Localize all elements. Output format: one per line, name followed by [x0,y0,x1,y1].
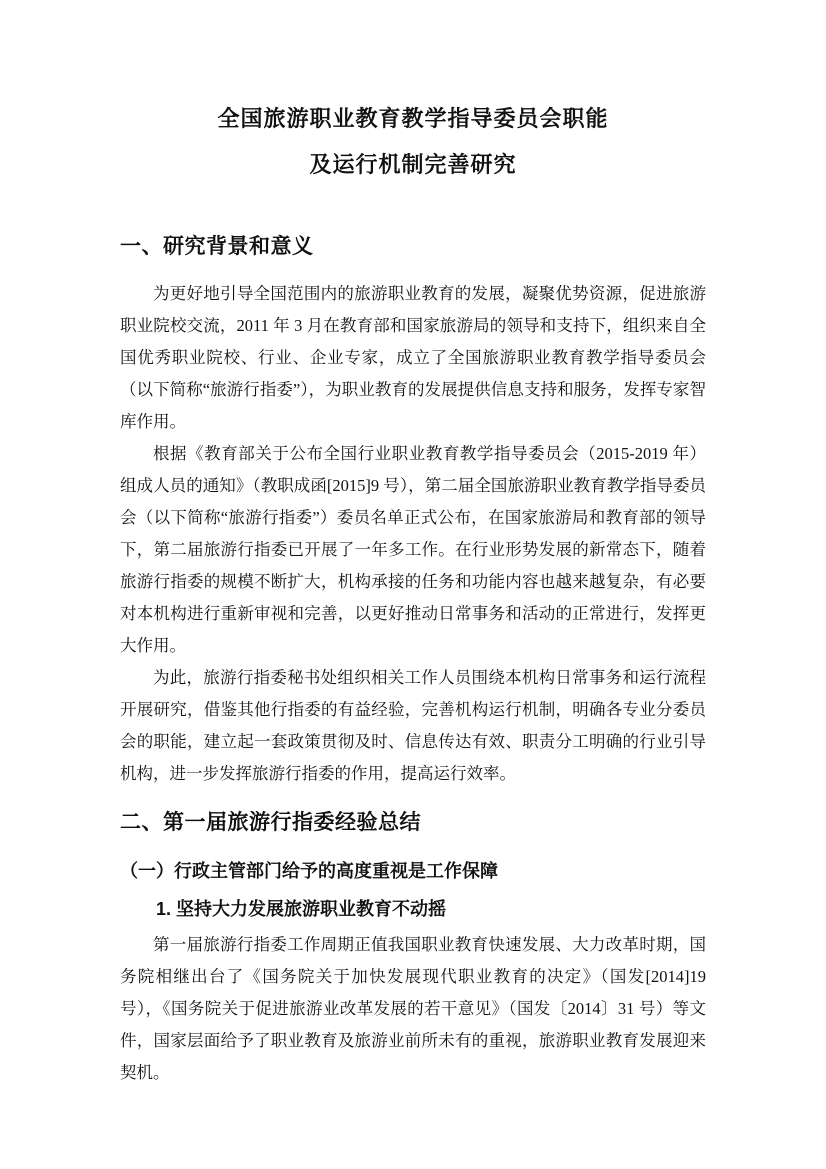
document-content: 全国旅游职业教育教学指导委员会职能 及运行机制完善研究 一、研究背景和意义 为更… [120,0,706,1089]
document-title-line1: 全国旅游职业教育教学指导委员会职能 [120,96,706,142]
document-title: 全国旅游职业教育教学指导委员会职能 及运行机制完善研究 [120,96,706,188]
document-title-line2: 及运行机制完善研究 [120,142,706,188]
document-page: 全国旅游职业教育教学指导委员会职能 及运行机制完善研究 一、研究背景和意义 为更… [0,0,826,1169]
section2-heading: 二、第一届旅游行指委经验总结 [120,808,706,838]
section2-point1-paragraph-1: 第一届旅游行指委工作周期正值我国职业教育快速发展、大力改革时期，国务院相继出台了… [120,929,706,1089]
section1-heading: 一、研究背景和意义 [120,232,706,262]
section2-subsection1-heading: （一）行政主管部门给予的高度重视是工作保障 [120,857,706,885]
section1-paragraph-2: 根据《教育部关于公布全国行业职业教育教学指导委员会（2015-2019 年）组成… [120,438,706,662]
section1-paragraph-3: 为此，旅游行指委秘书处组织相关工作人员围绕本机构日常事务和运行流程开展研究，借鉴… [120,662,706,790]
section1-paragraph-1: 为更好地引导全国范围内的旅游职业教育的发展，凝聚优势资源，促进旅游职业院校交流，… [120,278,706,438]
section2-point1-heading: 1. 坚持大力发展旅游职业教育不动摇 [120,895,706,923]
